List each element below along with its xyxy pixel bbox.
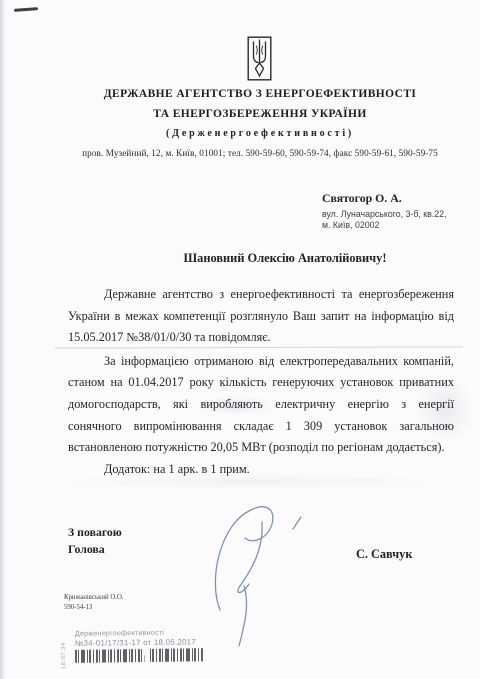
- agency-name-line2: ТА ЕНЕРГОЗБЕРЕЖЕННЯ УКРАЇНИ: [40, 108, 480, 120]
- executor-name: Крижанівський О.О.: [64, 593, 124, 603]
- executor-phone: 590-54-13: [64, 603, 124, 613]
- paragraph-1: Державне агентство з енергоефективності …: [68, 284, 454, 349]
- stamp-org-name: Держенергоефективності: [75, 627, 230, 638]
- recipient-address-line2: м. Київ, 02002: [322, 220, 446, 231]
- attachment-note: Додаток: на 1 арк. в 1 прим.: [68, 462, 454, 477]
- barcode: [75, 648, 203, 663]
- agency-short-name: (Держенергоефективності): [40, 128, 480, 139]
- agency-name-line1: ДЕРЖАВНЕ АГЕНТСТВО З ЕНЕРГОЕФЕКТИВНОСТІ: [40, 88, 480, 100]
- signer-name: С. Савчук: [356, 547, 412, 562]
- recipient-address-line1: вул. Луначарського, 3-б, кв.22,: [322, 209, 446, 220]
- scan-edge-shadow: [0, 0, 6, 679]
- letter-body: Державне агентство з енергоефективності …: [68, 284, 454, 461]
- signer-title: Голова: [68, 541, 122, 558]
- registration-stamp: 16:07:34 Держенергоефективності №34-01/1…: [60, 627, 230, 663]
- recipient-name: Святогор О. А.: [322, 191, 446, 206]
- pen-mark: [14, 7, 38, 11]
- signature-scribble: [192, 498, 322, 648]
- paragraph-2: За інформацією отриманою від електропере…: [68, 351, 454, 459]
- stamp-side-code: 16:07:34: [61, 631, 67, 669]
- valediction-text: З повагою: [68, 524, 122, 541]
- salutation: Шановний Олексію Анатолійовичу!: [130, 251, 440, 266]
- executor-block: Крижанівський О.О. 590-54-13: [64, 593, 124, 612]
- stamp-registration-number: №34-01/17/31-17 от 18.05.2017: [75, 637, 230, 648]
- valediction-block: З повагою Голова: [68, 524, 122, 557]
- scanned-letter-page: ДЕРЖАВНЕ АГЕНТСТВО З ЕНЕРГОЕФЕКТИВНОСТІ …: [0, 0, 480, 679]
- agency-contact-line: пров. Музейний, 12, м. Київ, 01001; тел.…: [40, 148, 480, 158]
- recipient-block: Святогор О. А. вул. Луначарського, 3-б, …: [322, 191, 446, 231]
- ukraine-trident-icon: [247, 36, 272, 81]
